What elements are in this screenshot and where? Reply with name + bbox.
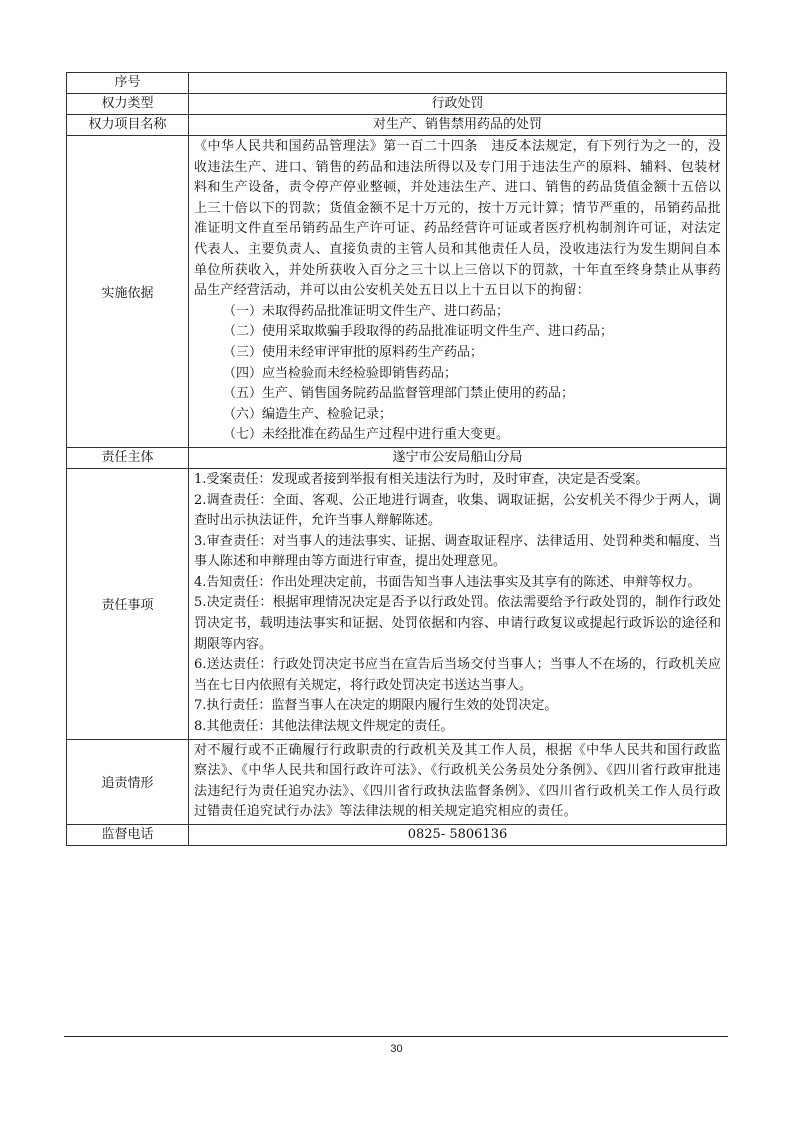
responsible-subject-label: 责任主体 [67, 447, 189, 468]
basis-item: （一）未取得药品批准证明文件生产、进口药品； [194, 302, 721, 323]
row-serial: 序号 [67, 73, 727, 94]
accountability-text: 对不履行或不正确履行行政职责的行政机关及其工作人员，根据《中华人民共和国行政监察… [194, 741, 721, 823]
supervision-phone-label: 监督电话 [67, 825, 189, 846]
row-power-item-name: 权力项目名称 对生产、销售禁用药品的处罚 [67, 115, 727, 136]
duty-item: 1.受案责任：发现或者接到举报有相关违法行为时，及时审查，决定是否受案。 [194, 470, 721, 491]
row-accountability: 追责情形 对不履行或不正确履行行政职责的行政机关及其工作人员，根据《中华人民共和… [67, 739, 727, 824]
basis-item: （二）使用采取欺骗手段取得的药品批准证明文件生产、进口药品； [194, 322, 721, 343]
accountability-content: 对不履行或不正确履行行政职责的行政机关及其工作人员，根据《中华人民共和国行政监察… [189, 739, 727, 824]
duty-item: 3.审查责任：对当事人的违法事实、证据、调查取证程序、法律适用、处罚种类和幅度、… [194, 532, 721, 573]
duty-item: 7.执行责任：监督当事人在决定的期限内履行生效的处罚决定。 [194, 696, 721, 717]
power-item-name-label: 权力项目名称 [67, 115, 189, 136]
duties-label: 责任事项 [67, 468, 189, 739]
basis-item: （六）编造生产、检验记录； [194, 405, 721, 426]
row-duties: 责任事项 1.受案责任：发现或者接到举报有相关违法行为时，及时审查，决定是否受案… [67, 468, 727, 739]
basis-intro: 《中华人民共和国药品管理法》第一百二十四条 违反本法规定，有下列行为之一的，没收… [194, 137, 721, 302]
supervision-phone-value: 0825- 5806136 [189, 825, 727, 846]
duty-item: 5.决定责任：根据审理情况决定是否予以行政处罚。依法需要给予行政处罚的，制作行政… [194, 593, 721, 655]
power-type-label: 权力类型 [67, 94, 189, 115]
duty-item: 2.调查责任：全面、客观、公正地进行调查，收集、调取证据，公安机关不得少于两人，… [194, 491, 721, 532]
accountability-label: 追责情形 [67, 739, 189, 824]
basis-item: （三）使用未经审评审批的原料药生产药品； [194, 343, 721, 364]
power-item-name-value: 对生产、销售禁用药品的处罚 [189, 115, 727, 136]
basis-item: （四）应当检验而未经检验即销售药品； [194, 364, 721, 385]
duties-content: 1.受案责任：发现或者接到举报有相关违法行为时，及时审查，决定是否受案。 2.调… [189, 468, 727, 739]
duty-item: 8.其他责任：其他法律法规文件规定的责任。 [194, 717, 721, 738]
basis-item: （七）未经批准在药品生产过程中进行重大变更。 [194, 425, 721, 446]
power-type-value: 行政处罚 [189, 94, 727, 115]
row-power-type: 权力类型 行政处罚 [67, 94, 727, 115]
basis-content: 《中华人民共和国药品管理法》第一百二十四条 违反本法规定，有下列行为之一的，没收… [189, 136, 727, 448]
row-responsible-subject: 责任主体 遂宁市公安局船山分局 [67, 447, 727, 468]
responsible-subject-value: 遂宁市公安局船山分局 [189, 447, 727, 468]
footer-divider [64, 1036, 728, 1037]
row-supervision-phone: 监督电话 0825- 5806136 [67, 825, 727, 846]
page-number: 30 [0, 1043, 793, 1055]
power-list-table: 序号 权力类型 行政处罚 权力项目名称 对生产、销售禁用药品的处罚 实施依据 《… [66, 72, 727, 846]
basis-label: 实施依据 [67, 136, 189, 448]
duty-item: 4.告知责任：作出处理决定前，书面告知当事人违法事实及其享有的陈述、申辩等权力。 [194, 573, 721, 594]
serial-label: 序号 [67, 73, 189, 94]
row-basis: 实施依据 《中华人民共和国药品管理法》第一百二十四条 违反本法规定，有下列行为之… [67, 136, 727, 448]
duty-item: 6.送达责任：行政处罚决定书应当在宣告后当场交付当事人；当事人不在场的，行政机关… [194, 655, 721, 696]
basis-item: （五）生产、销售国务院药品监督管理部门禁止使用的药品； [194, 384, 721, 405]
serial-value [189, 73, 727, 94]
